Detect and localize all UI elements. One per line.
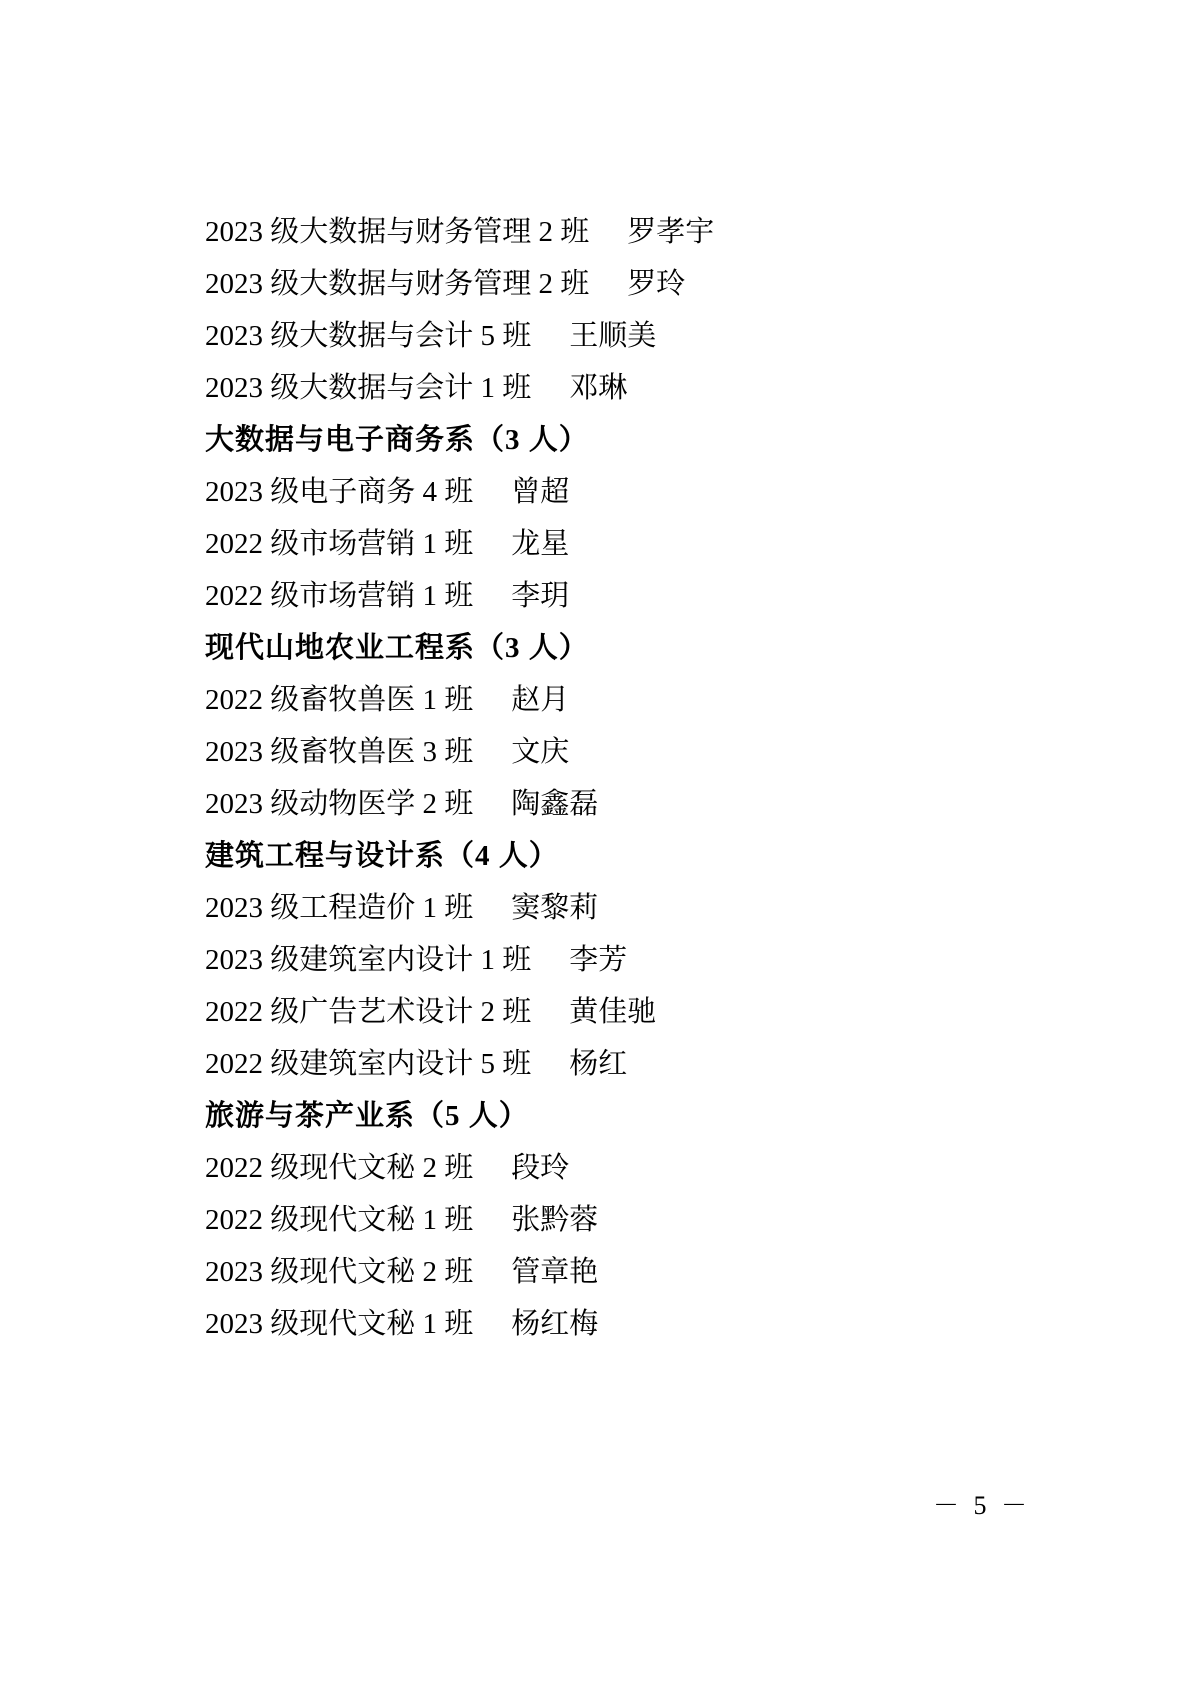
student-name: 黄佳驰: [569, 986, 656, 1038]
roster-entry: 2023 级现代文秘 1 班 杨红梅: [205, 1298, 1071, 1350]
class-label: 2022 级广告艺术设计 2 班: [205, 986, 531, 1038]
student-name: 李玥: [511, 570, 569, 622]
student-name: 陶鑫磊: [511, 778, 598, 830]
student-name: 杨红梅: [511, 1298, 598, 1350]
student-name: 杨红: [569, 1038, 627, 1090]
class-label: 2023 级大数据与财务管理 2 班: [205, 206, 589, 258]
roster-entry: 2023 级大数据与会计 1 班 邓琳: [205, 362, 1071, 414]
student-name: 邓琳: [569, 362, 627, 414]
class-label: 2023 级现代文秘 1 班: [205, 1298, 473, 1350]
class-label: 2022 级市场营销 1 班: [205, 518, 473, 570]
class-label: 2023 级畜牧兽医 3 班: [205, 726, 473, 778]
section-header-ecommerce: 大数据与电子商务系（3 人）: [205, 414, 1071, 466]
roster-entry: 2023 级工程造价 1 班 窦黎莉: [205, 882, 1071, 934]
page-number: － 5 －: [933, 1485, 1031, 1522]
student-name: 王顺美: [569, 310, 656, 362]
class-label: 2023 级现代文秘 2 班: [205, 1246, 473, 1298]
class-label: 2023 级工程造价 1 班: [205, 882, 473, 934]
class-label: 2023 级电子商务 4 班: [205, 466, 473, 518]
student-name: 赵月: [511, 674, 569, 726]
section-header-construction: 建筑工程与设计系（4 人）: [205, 830, 1071, 882]
roster-entry: 2022 级建筑室内设计 5 班 杨红: [205, 1038, 1071, 1090]
document-page: 2023 级大数据与财务管理 2 班 罗孝宇 2023 级大数据与财务管理 2 …: [0, 0, 1191, 1684]
class-label: 2022 级市场营销 1 班: [205, 570, 473, 622]
roster-entry: 2023 级电子商务 4 班 曾超: [205, 466, 1071, 518]
student-name: 窦黎莉: [511, 882, 598, 934]
roster-entry: 2023 级建筑室内设计 1 班 李芳: [205, 934, 1071, 986]
roster-entry: 2022 级畜牧兽医 1 班 赵月: [205, 674, 1071, 726]
roster-list: 2023 级大数据与财务管理 2 班 罗孝宇 2023 级大数据与财务管理 2 …: [205, 206, 1071, 1350]
roster-entry: 2023 级动物医学 2 班 陶鑫磊: [205, 778, 1071, 830]
class-label: 2023 级大数据与财务管理 2 班: [205, 258, 589, 310]
student-name: 张黔蓉: [511, 1194, 598, 1246]
roster-entry: 2022 级现代文秘 2 班 段玲: [205, 1142, 1071, 1194]
roster-entry: 2023 级现代文秘 2 班 管章艳: [205, 1246, 1071, 1298]
class-label: 2022 级畜牧兽医 1 班: [205, 674, 473, 726]
roster-entry: 2022 级广告艺术设计 2 班 黄佳驰: [205, 986, 1071, 1038]
roster-entry: 2023 级大数据与财务管理 2 班 罗孝宇: [205, 206, 1071, 258]
student-name: 罗玲: [627, 258, 685, 310]
roster-entry: 2023 级大数据与财务管理 2 班 罗玲: [205, 258, 1071, 310]
student-name: 段玲: [511, 1142, 569, 1194]
section-header-agriculture: 现代山地农业工程系（3 人）: [205, 622, 1071, 674]
class-label: 2023 级大数据与会计 1 班: [205, 362, 531, 414]
student-name: 罗孝宇: [627, 206, 714, 258]
class-label: 2022 级现代文秘 2 班: [205, 1142, 473, 1194]
class-label: 2023 级大数据与会计 5 班: [205, 310, 531, 362]
student-name: 管章艳: [511, 1246, 598, 1298]
roster-entry: 2023 级畜牧兽医 3 班 文庆: [205, 726, 1071, 778]
roster-entry: 2022 级市场营销 1 班 李玥: [205, 570, 1071, 622]
roster-entry: 2023 级大数据与会计 5 班 王顺美: [205, 310, 1071, 362]
student-name: 曾超: [511, 466, 569, 518]
class-label: 2023 级动物医学 2 班: [205, 778, 473, 830]
class-label: 2022 级建筑室内设计 5 班: [205, 1038, 531, 1090]
roster-entry: 2022 级市场营销 1 班 龙星: [205, 518, 1071, 570]
student-name: 龙星: [511, 518, 569, 570]
student-name: 李芳: [569, 934, 627, 986]
class-label: 2022 级现代文秘 1 班: [205, 1194, 473, 1246]
student-name: 文庆: [511, 726, 569, 778]
class-label: 2023 级建筑室内设计 1 班: [205, 934, 531, 986]
section-header-tourism: 旅游与茶产业系（5 人）: [205, 1090, 1071, 1142]
roster-entry: 2022 级现代文秘 1 班 张黔蓉: [205, 1194, 1071, 1246]
